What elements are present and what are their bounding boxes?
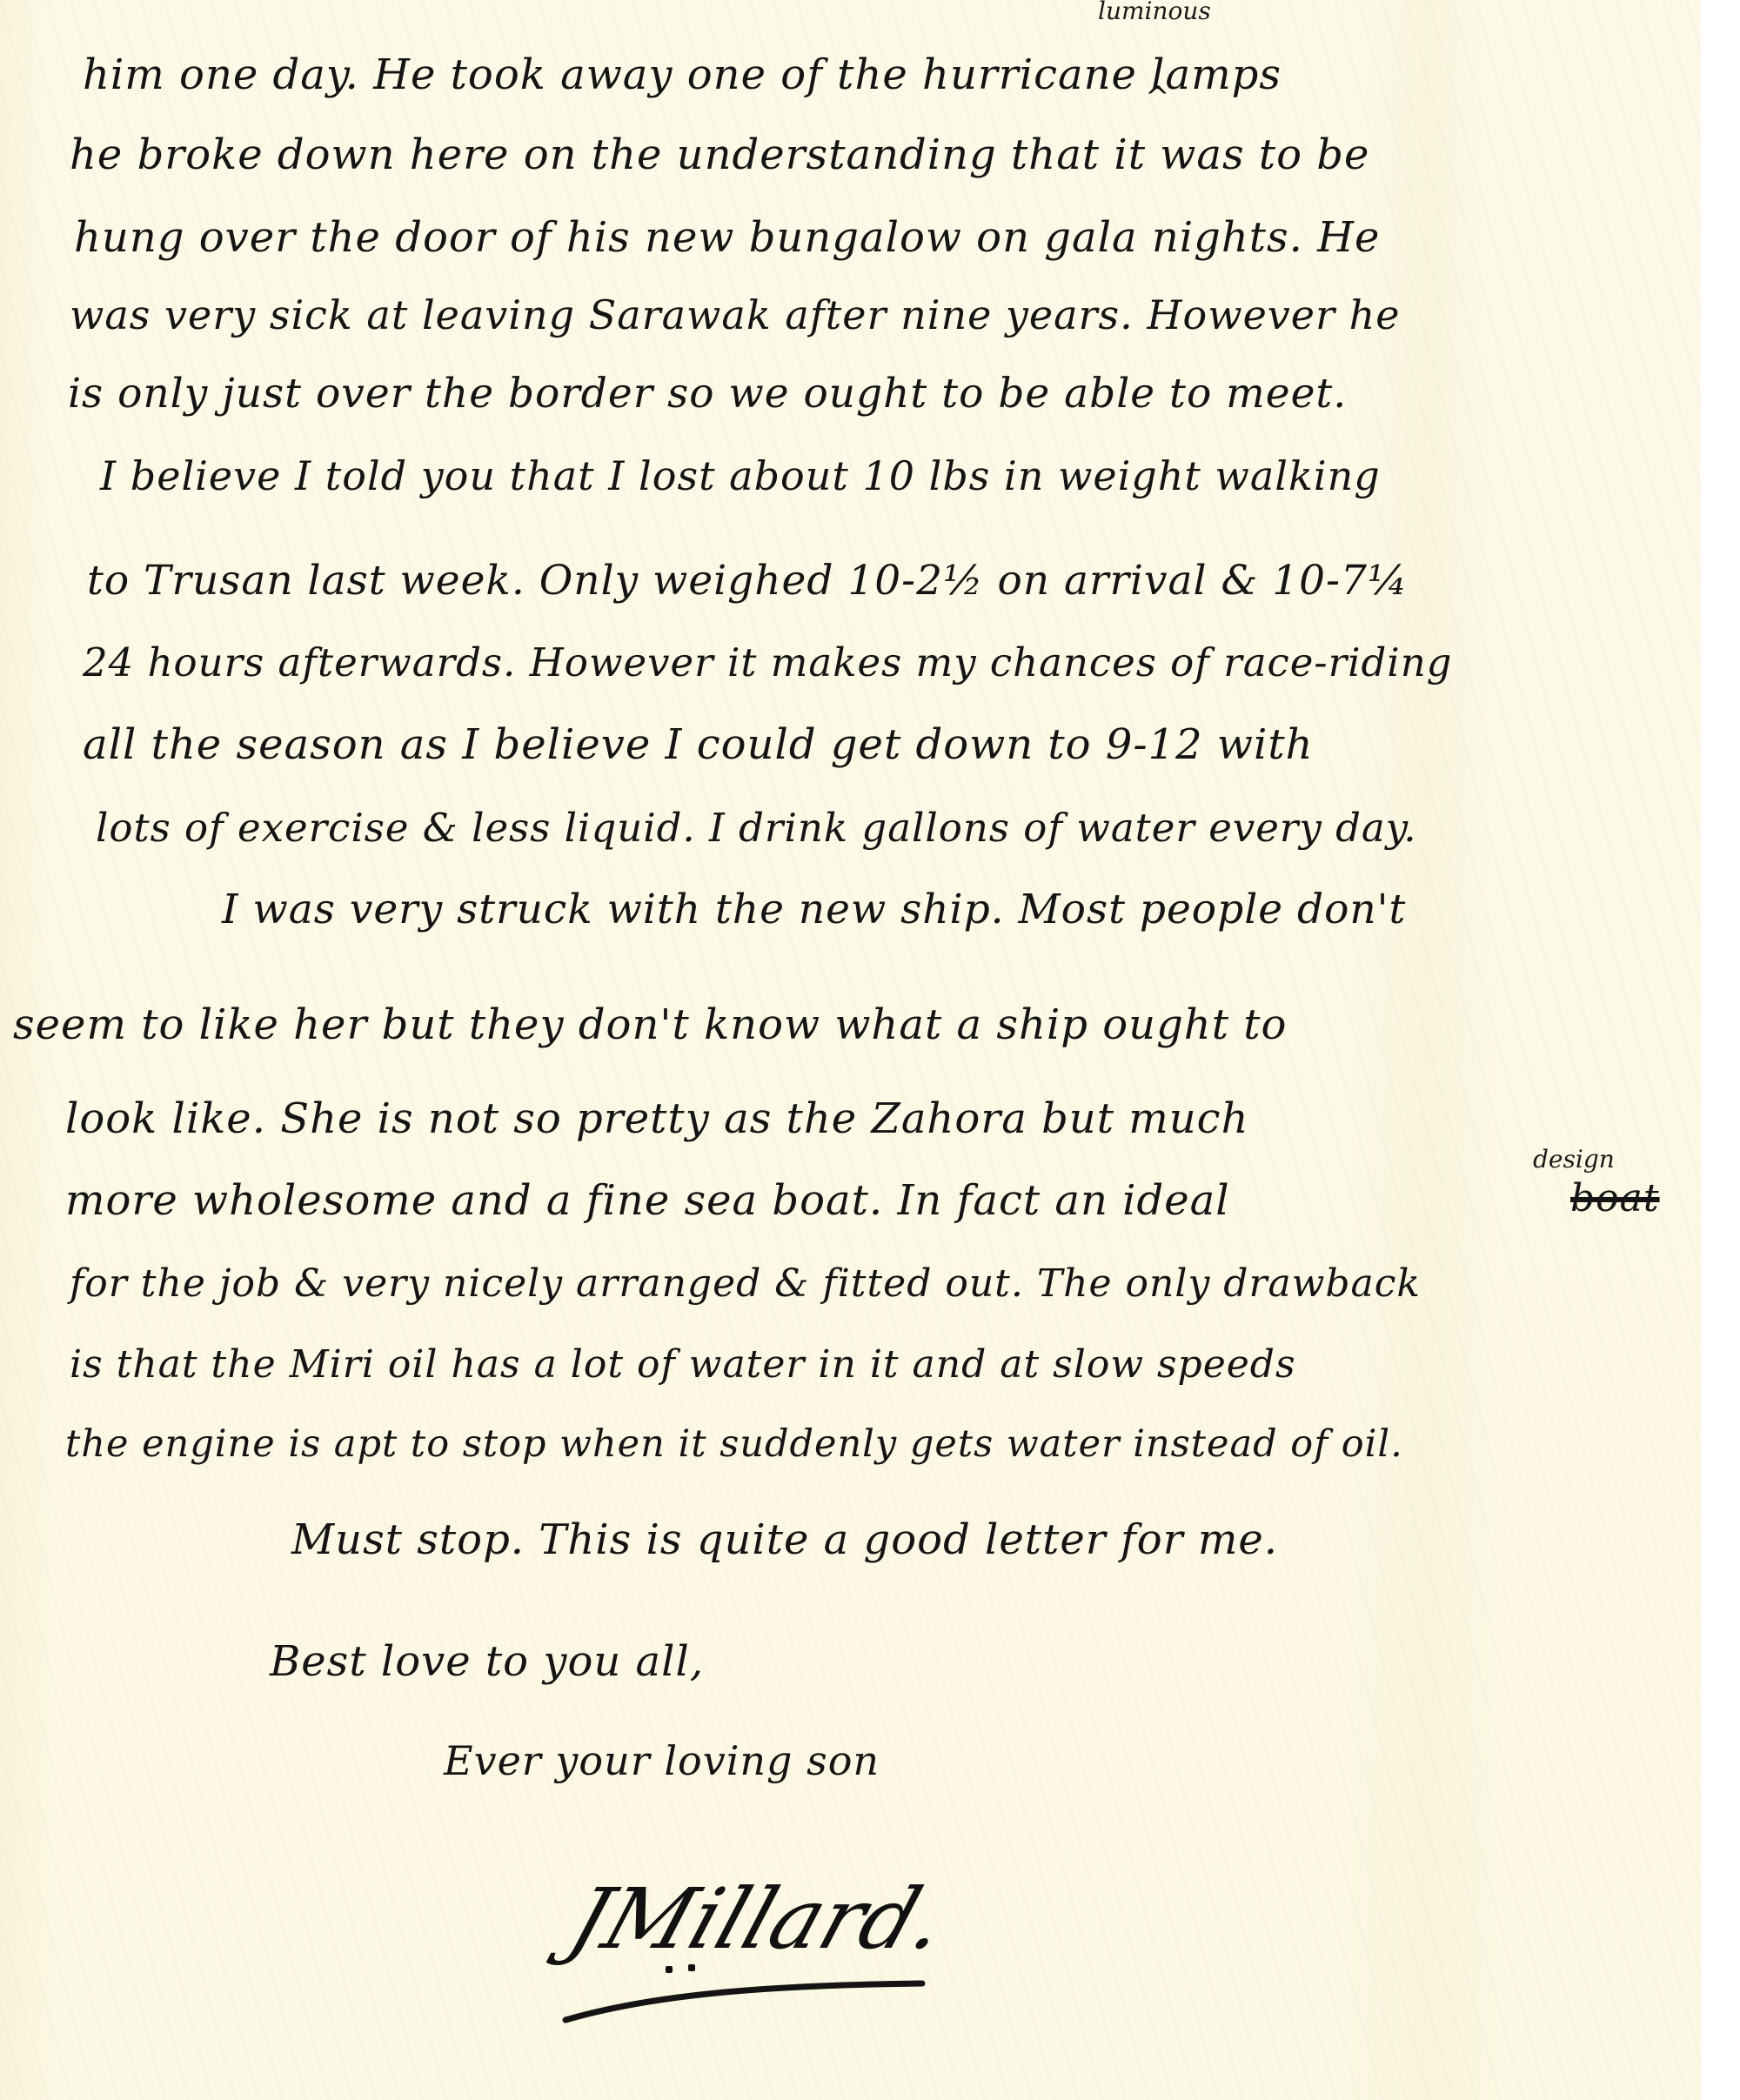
letter-line-3: hung over the door of his new bungalow o… — [74, 213, 1380, 262]
letter-line-2: he broke down here on the understanding … — [70, 130, 1369, 179]
inserted-word-design: design — [1533, 1145, 1615, 1174]
inserted-word-luminous: luminous — [1098, 0, 1211, 25]
valediction: Ever your loving son — [444, 1737, 880, 1784]
letter-page: him one day. He took away one of the hur… — [0, 0, 1701, 2100]
insertion-caret-icon: ^ — [1145, 80, 1170, 115]
letter-line-17: the engine is apt to stop when it sudden… — [65, 1422, 1403, 1466]
letter-line-9: all the season as I believe I could get … — [83, 720, 1314, 769]
scan-margin — [1701, 0, 1740, 2100]
signature-underline — [557, 1975, 957, 2027]
letter-line-15: for the job & very nicely arranged & fit… — [70, 1261, 1421, 1306]
signature: JMillard. — [559, 1870, 959, 1968]
letter-line-18: Must stop. This is quite a good letter f… — [291, 1515, 1278, 1564]
letter-line-6: I believe I told you that I lost about 1… — [100, 452, 1381, 499]
letter-line-4: was very sick at leaving Sarawak after n… — [70, 291, 1400, 338]
letter-line-8: 24 hours afterwards. However it makes my… — [83, 639, 1452, 686]
letter-line-13: look like. She is not so pretty as the Z… — [65, 1094, 1248, 1143]
letter-line-16: is that the Miri oil has a lot of water … — [70, 1342, 1296, 1387]
letter-line-11: I was very struck with the new ship. Mos… — [222, 886, 1406, 933]
letter-line-7: to Trusan last week. Only weighed 10-2½ … — [87, 557, 1408, 605]
struck-word-boat: boat — [1570, 1176, 1660, 1221]
letter-line-12: seem to like her but they don't know wha… — [13, 1000, 1287, 1049]
closing-line: Best love to you all, — [270, 1637, 704, 1686]
letter-line-1: him one day. He took away one of the hur… — [83, 50, 1282, 99]
letter-line-10: lots of exercise & less liquid. I drink … — [96, 805, 1417, 851]
letter-line-14: more wholesome and a fine sea boat. In f… — [65, 1176, 1230, 1225]
letter-line-5: is only just over the border so we ought… — [68, 370, 1347, 418]
signature-dots — [666, 1966, 700, 1975]
